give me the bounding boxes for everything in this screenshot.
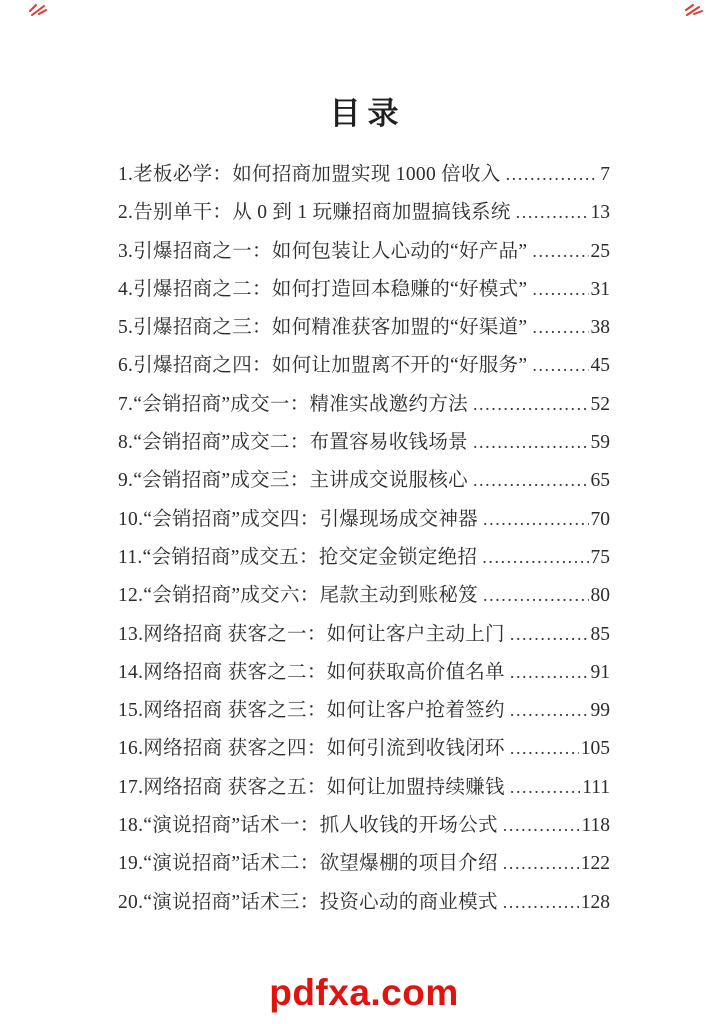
dot-leader bbox=[473, 385, 589, 424]
toc-entry-page-number: 7 bbox=[600, 156, 610, 194]
toc-entry: 10.“会销招商”成交四：引爆现场成交神器70 bbox=[118, 500, 610, 538]
dot-leader bbox=[532, 308, 588, 347]
toc-entry-title: 15.网络招商 获客之三：如何让客户抢着签约 bbox=[118, 692, 505, 730]
toc-entry-page-number: 38 bbox=[591, 309, 611, 347]
toc-entry: 12.“会销招商”成交六：尾款主动到账秘笈80 bbox=[118, 576, 610, 614]
dot-leader bbox=[503, 844, 579, 883]
toc-entry-page-number: 118 bbox=[581, 807, 610, 845]
toc-entry-title: 19.“演说招商”话术二：欲望爆棚的项目介绍 bbox=[118, 845, 498, 883]
toc-entry: 2.告别单干：从 0 到 1 玩赚招商加盟搞钱系统13 bbox=[118, 193, 610, 231]
toc-entry-page-number: 13 bbox=[591, 194, 611, 232]
corner-stamp-right-icon bbox=[684, 3, 704, 17]
toc-entry: 17.网络招商 获客之五：如何让加盟持续赚钱111 bbox=[118, 768, 610, 806]
dot-leader bbox=[510, 653, 589, 692]
toc-entry-title: 6.引爆招商之四：如何让加盟离不开的“好服务” bbox=[118, 347, 527, 385]
toc-entry-title: 1.老板必学：如何招商加盟实现 1000 倍收入 bbox=[118, 156, 501, 194]
dot-leader bbox=[506, 155, 599, 194]
toc-entry-page-number: 45 bbox=[591, 347, 611, 385]
toc-entry: 11.“会销招商”成交五：抢交定金锁定绝招75 bbox=[118, 538, 610, 576]
dot-leader bbox=[532, 346, 588, 385]
toc-entry-page-number: 122 bbox=[581, 845, 610, 883]
page-title: 目录 bbox=[0, 88, 728, 133]
toc-entry: 1.老板必学：如何招商加盟实现 1000 倍收入7 bbox=[118, 155, 610, 193]
toc-entry: 7.“会销招商”成交一：精准实战邀约方法52 bbox=[118, 385, 610, 423]
toc-entry-title: 7.“会销招商”成交一：精准实战邀约方法 bbox=[118, 386, 468, 424]
toc-entry: 18.“演说招商”话术一：抓人收钱的开场公式118 bbox=[118, 806, 610, 844]
toc-entry: 6.引爆招商之四：如何让加盟离不开的“好服务”45 bbox=[118, 346, 610, 384]
document-page: 目录 1.老板必学：如何招商加盟实现 1000 倍收入72.告别单干：从 0 到… bbox=[0, 0, 728, 1024]
dot-leader bbox=[483, 500, 589, 539]
dot-leader bbox=[510, 691, 589, 730]
toc-entry-page-number: 99 bbox=[591, 692, 611, 730]
dot-leader bbox=[473, 461, 589, 500]
toc-entry-title: 5.引爆招商之三：如何精准获客加盟的“好渠道” bbox=[118, 309, 527, 347]
toc-entry: 3.引爆招商之一：如何包装让人心动的“好产品”25 bbox=[118, 232, 610, 270]
toc-entry-title: 11.“会销招商”成交五：抢交定金锁定绝招 bbox=[118, 539, 477, 577]
toc-entry-title: 8.“会销招商”成交二：布置容易收钱场景 bbox=[118, 424, 468, 462]
toc-entry-title: 12.“会销招商”成交六：尾款主动到账秘笈 bbox=[118, 577, 478, 615]
toc-entry-title: 10.“会销招商”成交四：引爆现场成交神器 bbox=[118, 501, 478, 539]
toc-entry: 13.网络招商 获客之一：如何让客户主动上门85 bbox=[118, 615, 610, 653]
toc-entry-page-number: 75 bbox=[591, 539, 611, 577]
toc-entry-page-number: 80 bbox=[591, 577, 611, 615]
toc-entry: 16.网络招商 获客之四：如何引流到收钱闭环105 bbox=[118, 729, 610, 767]
toc-entry: 19.“演说招商”话术二：欲望爆棚的项目介绍122 bbox=[118, 844, 610, 882]
dot-leader bbox=[516, 193, 589, 232]
toc-entry-title: 17.网络招商 获客之五：如何让加盟持续赚钱 bbox=[118, 769, 505, 807]
toc-entry-page-number: 59 bbox=[591, 424, 611, 462]
toc-entry-page-number: 85 bbox=[591, 616, 611, 654]
dot-leader bbox=[532, 232, 588, 271]
toc-entry: 5.引爆招商之三：如何精准获客加盟的“好渠道”38 bbox=[118, 308, 610, 346]
toc-entry-page-number: 105 bbox=[581, 730, 610, 768]
toc-entry-title: 20.“演说招商”话术三：投资心动的商业模式 bbox=[118, 884, 498, 922]
dot-leader bbox=[503, 806, 580, 845]
dot-leader bbox=[473, 423, 589, 462]
toc-entry-page-number: 25 bbox=[591, 233, 611, 271]
watermark-text: pdfxa.com bbox=[0, 972, 728, 1014]
toc-entry-title: 18.“演说招商”话术一：抓人收钱的开场公式 bbox=[118, 807, 498, 845]
toc-entry: 8.“会销招商”成交二：布置容易收钱场景59 bbox=[118, 423, 610, 461]
dot-leader bbox=[510, 615, 589, 654]
toc-entry: 14.网络招商 获客之二：如何获取高价值名单91 bbox=[118, 653, 610, 691]
dot-leader bbox=[503, 883, 579, 922]
toc-entry: 20.“演说招商”话术三：投资心动的商业模式128 bbox=[118, 883, 610, 921]
toc-entry-page-number: 128 bbox=[581, 884, 610, 922]
dot-leader bbox=[482, 538, 588, 577]
toc-entry-title: 16.网络招商 获客之四：如何引流到收钱闭环 bbox=[118, 730, 505, 768]
toc-entry-page-number: 111 bbox=[582, 769, 610, 807]
toc-entry-title: 2.告别单干：从 0 到 1 玩赚招商加盟搞钱系统 bbox=[118, 194, 511, 232]
toc-entry-page-number: 91 bbox=[591, 654, 611, 692]
toc-entry: 9.“会销招商”成交三：主讲成交说服核心65 bbox=[118, 461, 610, 499]
toc-entry-title: 3.引爆招商之一：如何包装让人心动的“好产品” bbox=[118, 233, 527, 271]
dot-leader bbox=[510, 768, 580, 807]
toc-entry-title: 13.网络招商 获客之一：如何让客户主动上门 bbox=[118, 616, 505, 654]
toc-entry-page-number: 70 bbox=[591, 501, 611, 539]
toc-entry-page-number: 52 bbox=[591, 386, 611, 424]
toc-entry-page-number: 65 bbox=[591, 462, 611, 500]
corner-stamp-left-icon bbox=[28, 3, 48, 17]
toc-entry: 4.引爆招商之二：如何打造回本稳赚的“好模式”31 bbox=[118, 270, 610, 308]
toc-entry-page-number: 31 bbox=[591, 271, 611, 309]
toc-list: 1.老板必学：如何招商加盟实现 1000 倍收入72.告别单干：从 0 到 1 … bbox=[118, 155, 610, 921]
toc-entry: 15.网络招商 获客之三：如何让客户抢着签约99 bbox=[118, 691, 610, 729]
toc-entry-title: 4.引爆招商之二：如何打造回本稳赚的“好模式” bbox=[118, 271, 527, 309]
toc-entry-title: 14.网络招商 获客之二：如何获取高价值名单 bbox=[118, 654, 505, 692]
toc-entry-title: 9.“会销招商”成交三：主讲成交说服核心 bbox=[118, 462, 468, 500]
dot-leader bbox=[532, 270, 588, 309]
dot-leader bbox=[510, 729, 579, 768]
dot-leader bbox=[483, 576, 589, 615]
